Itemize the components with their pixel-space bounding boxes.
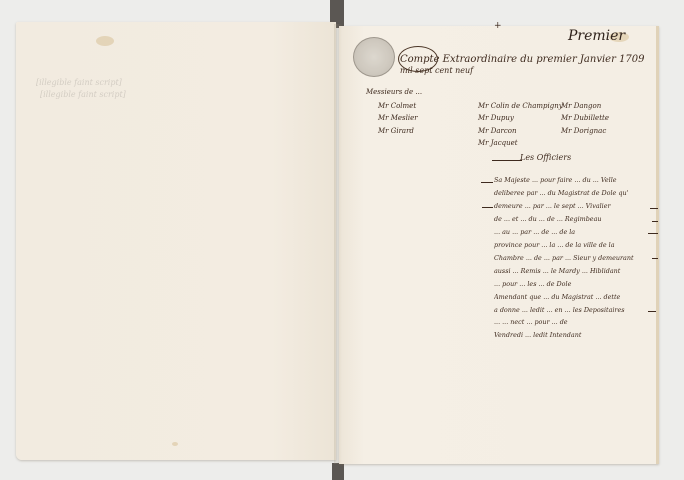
member-name: Mr Darcon [478,127,517,135]
page-marker: Premier [568,28,625,44]
body-line: demeure ... par ... le sept ... Vivalier [494,202,654,210]
member-name: Mr Jacquet [478,139,518,147]
body-line: deliberee par ... du Magistrat de Dole q… [494,189,654,197]
line-dash [648,233,658,234]
body-line: Chambre ... de ... par ... Sieur y demeu… [494,254,654,262]
seal-stamp [353,37,395,77]
line-dash [652,221,658,222]
heading-line-2: mil sept cent neuf [400,66,473,75]
stain [96,36,114,46]
body-line: province pour ... la ... de la ville de … [494,241,654,249]
member-name: Mr Girard [378,127,414,135]
line-dash [650,208,658,209]
section-heading: Les Officiers [520,153,571,162]
top-mark: + [494,21,502,31]
left-page: [illegible faint script] [illegible fain… [16,22,336,460]
body-line: ... ... nect ... pour ... de [494,318,654,326]
subtitle: Messieurs de ... [366,88,422,96]
binding-strap-bottom [332,463,344,480]
member-name: Mr Dorignac [561,127,606,135]
body-line: de ... et ... du ... de ... Regimbeau [494,215,654,223]
line-dash [481,182,493,183]
bleed-through-line: [illegible faint script] [36,78,122,87]
line-dash [648,311,656,312]
member-name: Mr Colin de Champigny [478,102,563,110]
spine-shadow [334,24,342,464]
body-line: a donne ... ledit ... en ... les Deposit… [494,306,654,314]
member-name: Mr Dupuy [478,114,514,122]
body-line: ... pour ... les ... de Dole [494,280,654,288]
body-line: Sa Majeste ... pour faire ... du ... Vel… [494,176,654,184]
body-line: ... au ... par ... de ... de la [494,228,654,236]
body-line: Vendredi ... ledit Intendant [494,331,654,339]
member-name: Mr Meslier [378,114,418,122]
member-name: Mr Dubillette [561,114,609,122]
bleed-through-line: [illegible faint script] [40,90,126,99]
stain [172,442,178,446]
line-dash [482,207,493,208]
member-name: Mr Dangon [561,102,601,110]
line-dash [652,258,658,259]
member-name: Mr Colmet [378,102,416,110]
body-line: aussi ... Remis ... le Mardy ... Hiblida… [494,267,654,275]
heading-line-1: Compte Extraordinaire du premier Janvier… [400,54,645,65]
section-rule [492,160,522,161]
body-line: Amendant que ... du Magistrat ... dette [494,293,654,301]
